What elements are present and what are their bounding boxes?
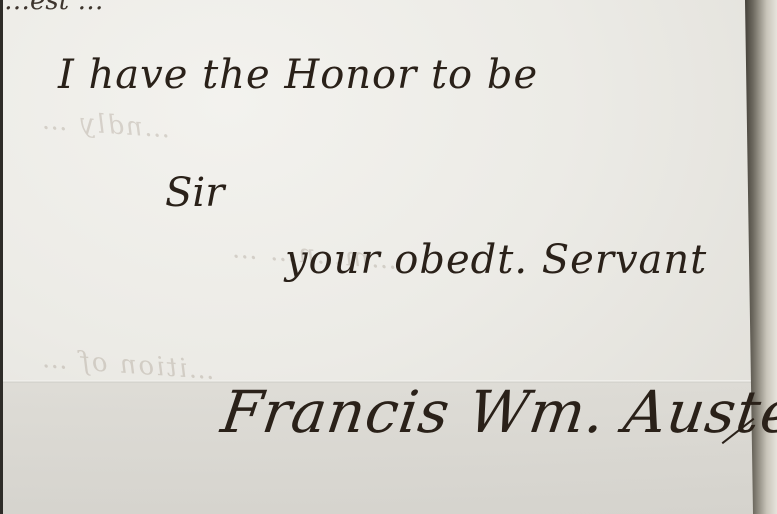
page-edge-left [0,0,3,514]
closing-line-honor: I have the Honor to be [58,52,538,98]
signature: Francis Wm. Austen [217,378,777,446]
closing-line-servant: your obedt. Servant [285,237,707,283]
salutation-sir: Sir [165,170,224,216]
top-text-fragment: …est … [4,0,103,16]
